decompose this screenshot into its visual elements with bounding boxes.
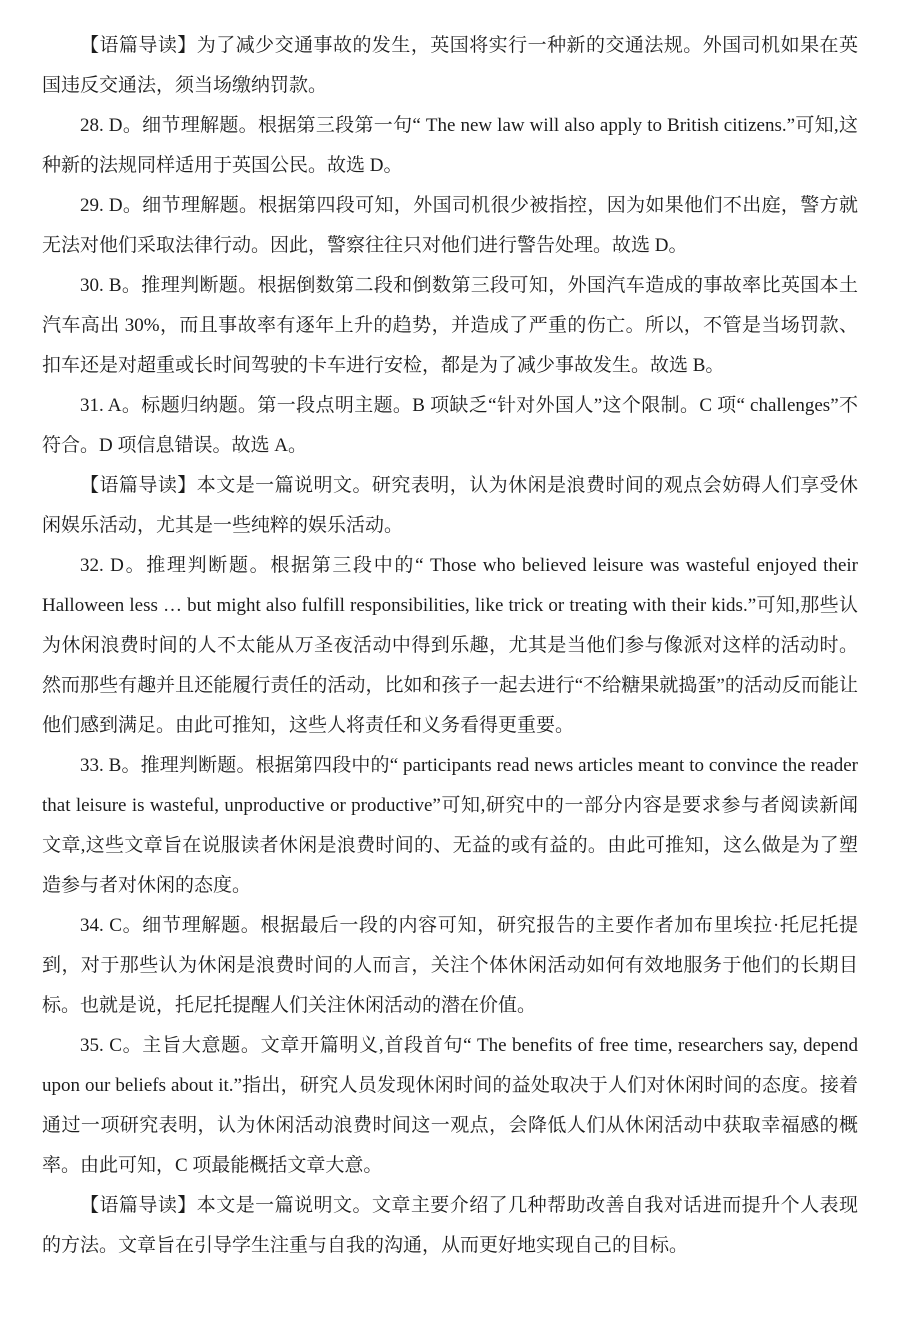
paragraph-passage-intro-traffic-law: 【语篇导读】为了减少交通事故的发生，英国将实行一种新的交通法规。外国司机如果在英… bbox=[42, 26, 858, 106]
paragraph-answer-30: 30. B。推理判断题。根据倒数第二段和倒数第三段可知，外国汽车造成的事故率比英… bbox=[42, 266, 858, 386]
paragraph-answer-33: 33. B。推理判断题。根据第四段中的“ participants read n… bbox=[42, 746, 858, 906]
paragraph-answer-31: 31. A。标题归纳题。第一段点明主题。B 项缺乏“针对外国人”这个限制。C 项… bbox=[42, 386, 858, 466]
paragraph-passage-intro-leisure: 【语篇导读】本文是一篇说明文。研究表明，认为休闲是浪费时间的观点会妨碍人们享受休… bbox=[42, 466, 858, 546]
paragraph-answer-35: 35. C。主旨大意题。文章开篇明义,首段首句“ The benefits of… bbox=[42, 1026, 858, 1186]
paragraph-answer-32: 32. D。推理判断题。根据第三段中的“ Those who believed … bbox=[42, 546, 858, 746]
paragraph-answer-34: 34. C。细节理解题。根据最后一段的内容可知，研究报告的主要作者加布里埃拉·托… bbox=[42, 906, 858, 1026]
paragraph-answer-28: 28. D。细节理解题。根据第三段第一句“ The new law will a… bbox=[42, 106, 858, 186]
paragraph-answer-29: 29. D。细节理解题。根据第四段可知，外国司机很少被指控，因为如果他们不出庭，… bbox=[42, 186, 858, 266]
document-page: 【语篇导读】为了减少交通事故的发生，英国将实行一种新的交通法规。外国司机如果在英… bbox=[0, 0, 900, 1333]
paragraph-passage-intro-self-talk: 【语篇导读】本文是一篇说明文。文章主要介绍了几种帮助改善自我对话进而提升个人表现… bbox=[42, 1186, 858, 1266]
